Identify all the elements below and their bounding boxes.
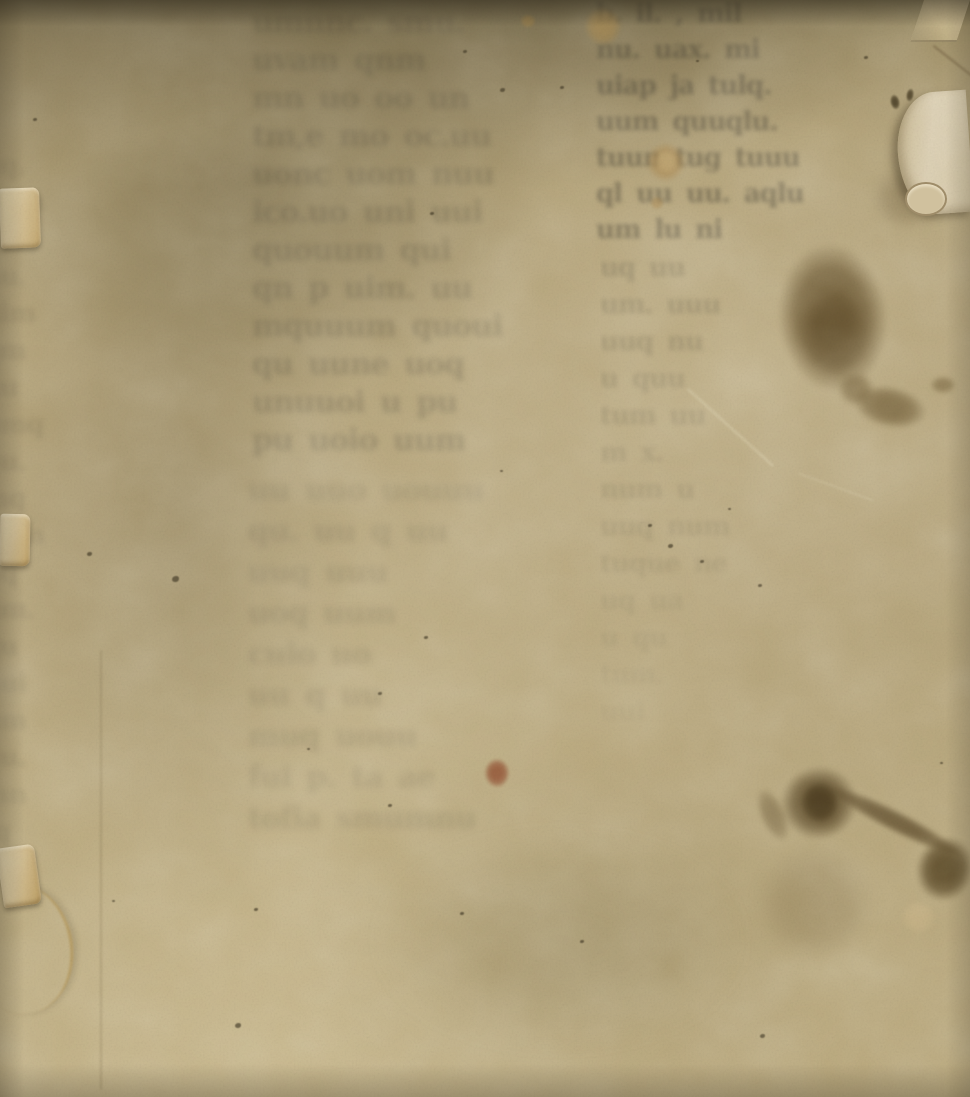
- ghost-text-line: uuq nu: [600, 324, 785, 361]
- ghost-text-line: uuq num: [600, 509, 785, 546]
- ghost-text-line: ql uu uu. aqlu: [596, 176, 786, 212]
- ghost-text-line: uu q uu: [248, 675, 568, 716]
- ghost-text-line: uonc uom nuu: [252, 156, 567, 194]
- dark-cloud-bottom: [380, 840, 740, 1040]
- ghost-text-line: um. uuu: [600, 287, 785, 324]
- ghost-col-center-bottom: uu uuo uouuuqu. uu q uuuuq uuuuoq uumcui…: [248, 470, 568, 839]
- top-right-corner-fold: [910, 0, 970, 42]
- ghost-text-line: nu: [0, 370, 132, 407]
- dark-speck: [696, 60, 699, 62]
- ghost-text-line: nm.: [0, 592, 132, 629]
- dark-speck: [33, 118, 37, 121]
- ghost-text-line: uq uu: [600, 250, 785, 287]
- dark-speck: [112, 900, 115, 902]
- left-vertical-crease: [100, 650, 102, 1090]
- ghost-text-line: uiap ja tulq.: [596, 68, 786, 104]
- ghost-text-line: uum quuqlu.: [596, 104, 786, 140]
- stain-dot-right: [930, 376, 956, 394]
- ghost-text-line: uq ua: [600, 583, 785, 620]
- red-speck: [484, 758, 510, 788]
- gold-flake-small: [520, 14, 536, 28]
- ghost-col-right-top: b. il. , milnu. uax. miuiap ja tulq.uum …: [596, 0, 786, 248]
- repair-patch-lip: [905, 182, 947, 216]
- large-brown-stain-core: [800, 290, 870, 375]
- ghost-text-line: tuun tug tuuu: [596, 140, 786, 176]
- ghost-text-line: tum.: [600, 657, 785, 694]
- ghost-text-line: uui: [600, 694, 785, 731]
- ghost-text-line: quouum qui: [252, 232, 567, 270]
- ghost-text-line: qu uune uoq: [252, 346, 567, 384]
- ghost-text-line: b. il. , mil: [596, 0, 786, 32]
- dark-speck: [500, 470, 503, 472]
- ghost-text-line: um lu ni: [596, 212, 786, 248]
- pale-spot: [900, 900, 936, 934]
- ghost-text-line: mn: [0, 777, 132, 814]
- ghost-text-line: muq uouu: [248, 716, 568, 757]
- ghost-text-line: uu.: [0, 740, 132, 777]
- ring-spot-inner: [654, 150, 678, 174]
- ghost-col-center-top: umnnc. smu.uvam qnmmn uo oo untm,e mo oc…: [252, 4, 567, 460]
- ghost-text-line: nui: [0, 666, 132, 703]
- dark-speck: [940, 762, 943, 764]
- ghost-text-line: um: [0, 703, 132, 740]
- ghost-text-line: uoq uum: [248, 593, 568, 634]
- ghost-text-line: mquuum quoui: [252, 308, 567, 346]
- ghost-text-line: tum uu: [600, 398, 785, 435]
- ghost-text-line: mn uo oo un: [252, 80, 567, 118]
- ghost-text-line: uim: [0, 296, 132, 333]
- dark-speck: [307, 748, 310, 750]
- ring-spot-small: [650, 196, 664, 210]
- binding-tab-3: [0, 844, 42, 909]
- ghost-text-line: qn p uim. uu: [252, 270, 567, 308]
- ghost-text-line: qu: [0, 629, 132, 666]
- manuscript-page-photo: uq.muntmnu.uimqmnuumquu.mqnumuqnm.qunuiu…: [0, 0, 970, 1097]
- dark-speck: [254, 908, 258, 911]
- ghost-col-right-mid: uq uuum. uuuuuq nuu quutum uum x.num uuu…: [600, 250, 785, 731]
- ghost-text-line: uvam qnm: [252, 42, 567, 80]
- ghost-text-line: nu.: [0, 259, 132, 296]
- ghost-col-left: uq.muntmnu.uimqmnuumquu.mqnumuqnm.qunuiu…: [0, 148, 132, 851]
- ghost-text-line: tm,e mo oc.uu: [252, 118, 567, 156]
- ghost-text-line: tuque ne: [600, 546, 785, 583]
- ghost-text-line: num u: [600, 472, 785, 509]
- binding-tab-1: [0, 187, 41, 248]
- ghost-text-line: ico.uo uni uui: [252, 194, 567, 232]
- dark-speck: [864, 56, 868, 59]
- binding-tab-2: [0, 514, 30, 567]
- ghost-text-line: uu.: [0, 444, 132, 481]
- ghost-text-line: uuq uuu: [248, 552, 568, 593]
- ghost-text-line: nu. uax. mi: [596, 32, 786, 68]
- dark-speck: [235, 1023, 241, 1028]
- ghost-text-line: fui p. ta ae: [248, 757, 568, 798]
- ghost-text-line: tofia smumnu: [248, 798, 568, 839]
- ghost-text-line: mq: [0, 481, 132, 518]
- dark-speck: [172, 576, 179, 582]
- ghost-text-line: pu uoio uum: [252, 422, 567, 460]
- ghost-text-line: uu uuo uouuu: [248, 470, 568, 511]
- ghost-text-line: umq: [0, 407, 132, 444]
- ghost-text-line: qm: [0, 333, 132, 370]
- ghost-text-line: qu. uu q uu: [248, 511, 568, 552]
- patch-crack-a: [888, 93, 901, 111]
- ink-wash: [756, 842, 876, 962]
- ghost-text-line: uq.: [0, 148, 132, 185]
- dark-speck: [760, 1034, 765, 1038]
- ghost-text-line: cuio uo: [248, 634, 568, 675]
- dark-speck: [728, 508, 731, 510]
- diagonal-scratch-light-2: [798, 472, 874, 501]
- corner-tear-line: [933, 45, 970, 77]
- ghost-text-line: unuuoi u pu: [252, 384, 567, 422]
- ghost-text-line: u qu: [600, 620, 785, 657]
